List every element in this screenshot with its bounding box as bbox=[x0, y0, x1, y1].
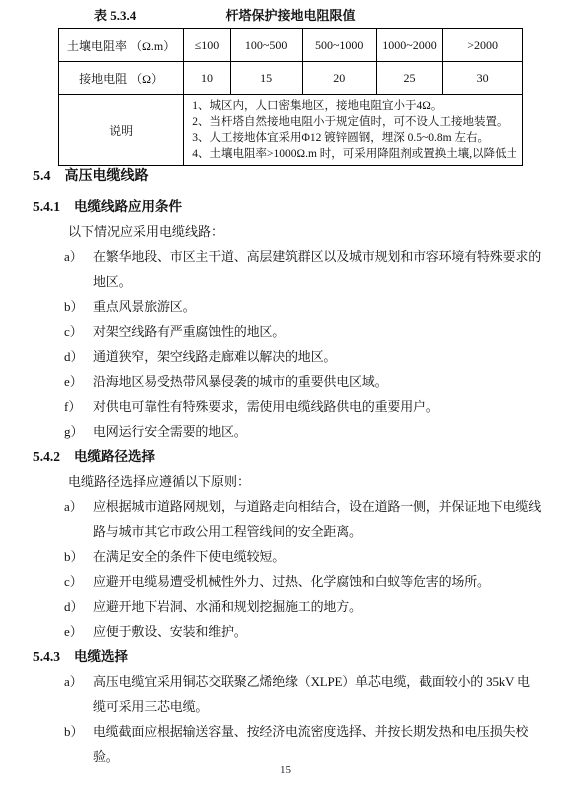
table-cell: 25 bbox=[376, 62, 442, 95]
paragraph-5-4-1-intro: 以下情况应采用电缆线路： bbox=[33, 219, 541, 244]
item-label: c） bbox=[64, 569, 93, 594]
item-text: 高压电缆宜采用铜芯交联聚乙烯绝缘（XLPE）单芯电缆，截面较小的 35kV 电缆… bbox=[93, 669, 541, 719]
table-caption: 表 5.3.4 杆塔保护接地电阻限值 bbox=[58, 8, 523, 26]
section-heading-5-4-2: 5.4.2电缆路径选择 bbox=[33, 444, 541, 469]
table-cell: 15 bbox=[230, 62, 302, 95]
page-number: 15 bbox=[280, 764, 291, 776]
page-footer: 15 bbox=[0, 764, 571, 776]
item-label: f） bbox=[64, 394, 93, 419]
list-item: b） 重点风景旅游区。 bbox=[33, 294, 541, 319]
section-number: 5.4.1 bbox=[33, 199, 60, 214]
item-label: d） bbox=[64, 344, 93, 369]
table-cell: 500~1000 bbox=[302, 29, 376, 62]
list-item: b） 电缆截面应根据输送容量、按经济电流密度选择、并按长期发热和电压损失校验。 bbox=[33, 719, 541, 769]
note-line: 4、土壤电阻率>1000Ω.m 时，可采用降阻剂或置换土壤,以降低土壤电阻率。 bbox=[192, 146, 516, 162]
item-label: g） bbox=[64, 419, 93, 444]
section-title: 电缆选择 bbox=[74, 649, 128, 664]
list-item: e） 应便于敷设、安装和维护。 bbox=[33, 619, 541, 644]
document-page: 表 5.3.4 杆塔保护接地电阻限值 土壤电阻率 （Ω.m） ≤100 100~… bbox=[0, 0, 571, 794]
item-text: 电网运行安全需要的地区。 bbox=[93, 419, 541, 444]
table-cell: ≤100 bbox=[184, 29, 230, 62]
table-cell: 10 bbox=[184, 62, 230, 95]
item-label: a） bbox=[64, 244, 93, 294]
section-heading-5-4: 5.4高压电缆线路 bbox=[33, 163, 541, 190]
document-body: 5.4高压电缆线路 5.4.1电缆线路应用条件 以下情况应采用电缆线路： a） … bbox=[33, 163, 541, 769]
notes-cell: 1、城区内，人口密集地区，接地电阻宜小于4Ω。 2、当杆塔自然接地电阻小于规定值… bbox=[184, 95, 523, 166]
row-header-soil-resistivity: 土壤电阻率 （Ω.m） bbox=[59, 29, 184, 62]
paragraph-5-4-2-intro: 电缆路径选择应遵循以下原则： bbox=[33, 469, 541, 494]
section-number: 5.4 bbox=[33, 169, 51, 184]
item-text: 沿海地区易受热带风暴侵袭的城市的重要供电区域。 bbox=[93, 369, 541, 394]
item-text: 在繁华地段、市区主干道、高层建筑群区以及城市规划和市容环境有特殊要求的地区。 bbox=[93, 244, 541, 294]
item-label: b） bbox=[64, 294, 93, 319]
list-item: g） 电网运行安全需要的地区。 bbox=[33, 419, 541, 444]
note-line: 1、城区内，人口密集地区，接地电阻宜小于4Ω。 bbox=[192, 98, 516, 114]
list-item: a） 应根据城市道路网规划，与道路走向相结合，设在道路一侧，并保证地下电缆线路与… bbox=[33, 494, 541, 544]
item-text: 应避开地下岩洞、水涌和规划挖掘施工的地方。 bbox=[93, 594, 541, 619]
list-item: b） 在满足安全的条件下使电缆较短。 bbox=[33, 544, 541, 569]
list-item: a） 高压电缆宜采用铜芯交联聚乙烯绝缘（XLPE）单芯电缆，截面较小的 35kV… bbox=[33, 669, 541, 719]
table-row-ground-resistance: 接地电阻 （Ω） 10 15 20 25 30 bbox=[59, 62, 523, 95]
item-label: e） bbox=[64, 369, 93, 394]
table-row-notes: 说明 1、城区内，人口密集地区，接地电阻宜小于4Ω。 2、当杆塔自然接地电阻小于… bbox=[59, 95, 523, 166]
item-text: 对架空线路有严重腐蚀性的地区。 bbox=[93, 319, 541, 344]
table-row-soil-resistivity: 土壤电阻率 （Ω.m） ≤100 100~500 500~1000 1000~2… bbox=[59, 29, 523, 62]
table-caption-title: 杆塔保护接地电阻限值 bbox=[225, 8, 355, 23]
table-block: 表 5.3.4 杆塔保护接地电阻限值 土壤电阻率 （Ω.m） ≤100 100~… bbox=[58, 8, 523, 166]
list-item: d） 通道狭窄，架空线路走廊难以解决的地区。 bbox=[33, 344, 541, 369]
item-text: 通道狭窄，架空线路走廊难以解决的地区。 bbox=[93, 344, 541, 369]
list-item: f） 对供电可靠性有特殊要求，需使用电缆线路供电的重要用户。 bbox=[33, 394, 541, 419]
item-text: 应避开电缆易遭受机械性外力、过热、化学腐蚀和白蚁等危害的场所。 bbox=[93, 569, 541, 594]
item-label: c） bbox=[64, 319, 93, 344]
list-item: c） 对架空线路有严重腐蚀性的地区。 bbox=[33, 319, 541, 344]
section-title: 电缆路径选择 bbox=[74, 449, 155, 464]
item-text: 重点风景旅游区。 bbox=[93, 294, 541, 319]
table-cell: 20 bbox=[302, 62, 376, 95]
item-label: d） bbox=[64, 594, 93, 619]
row-header-ground-resistance: 接地电阻 （Ω） bbox=[59, 62, 184, 95]
item-text: 电缆截面应根据输送容量、按经济电流密度选择、并按长期发热和电压损失校验。 bbox=[93, 719, 541, 769]
section-number: 5.4.3 bbox=[33, 649, 60, 664]
section-heading-5-4-3: 5.4.3电缆选择 bbox=[33, 644, 541, 669]
item-label: a） bbox=[64, 669, 93, 719]
list-item: d） 应避开地下岩洞、水涌和规划挖掘施工的地方。 bbox=[33, 594, 541, 619]
note-line: 3、人工接地体宜采用Φ12 镀锌圆钢，埋深 0.5~0.8m 左右。 bbox=[192, 130, 516, 146]
item-label: b） bbox=[64, 544, 93, 569]
section-heading-5-4-1: 5.4.1电缆线路应用条件 bbox=[33, 194, 541, 219]
table-cell: 100~500 bbox=[230, 29, 302, 62]
grounding-resistance-table: 土壤电阻率 （Ω.m） ≤100 100~500 500~1000 1000~2… bbox=[58, 28, 523, 166]
table-cell: 30 bbox=[443, 62, 523, 95]
table-cell: >2000 bbox=[443, 29, 523, 62]
list-item: e） 沿海地区易受热带风暴侵袭的城市的重要供电区域。 bbox=[33, 369, 541, 394]
item-text: 应便于敷设、安装和维护。 bbox=[93, 619, 541, 644]
item-label: e） bbox=[64, 619, 93, 644]
item-label: a） bbox=[64, 494, 93, 544]
table-cell: 1000~2000 bbox=[376, 29, 442, 62]
section-number: 5.4.2 bbox=[33, 449, 60, 464]
list-item: a） 在繁华地段、市区主干道、高层建筑群区以及城市规划和市容环境有特殊要求的地区… bbox=[33, 244, 541, 294]
item-text: 在满足安全的条件下使电缆较短。 bbox=[93, 544, 541, 569]
list-item: c） 应避开电缆易遭受机械性外力、过热、化学腐蚀和白蚁等危害的场所。 bbox=[33, 569, 541, 594]
item-label: b） bbox=[64, 719, 93, 769]
section-title: 电缆线路应用条件 bbox=[74, 199, 182, 214]
section-title: 高压电缆线路 bbox=[65, 169, 149, 184]
table-caption-number: 表 5.3.4 bbox=[94, 8, 136, 24]
notes-label: 说明 bbox=[59, 95, 184, 166]
item-text: 对供电可靠性有特殊要求，需使用电缆线路供电的重要用户。 bbox=[93, 394, 541, 419]
note-line: 2、当杆塔自然接地电阻小于规定值时，可不设人工接地装置。 bbox=[192, 114, 516, 130]
item-text: 应根据城市道路网规划，与道路走向相结合，设在道路一侧，并保证地下电缆线路与城市其… bbox=[93, 494, 541, 544]
